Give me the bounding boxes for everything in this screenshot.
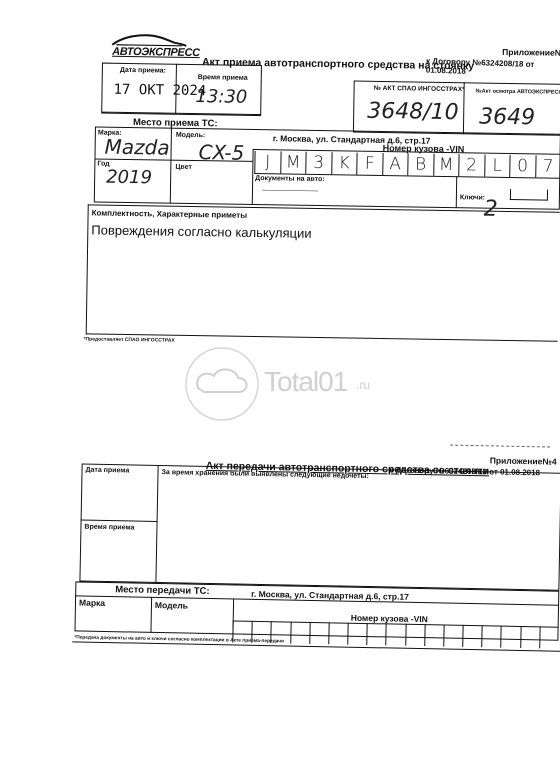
release-make-label: Марка bbox=[79, 597, 105, 607]
vin-char-cell: 2 bbox=[458, 154, 484, 176]
keys-checkbox bbox=[510, 189, 548, 201]
vin-cells: JM3KFABM2L07 bbox=[254, 151, 560, 179]
vin-empty-cell bbox=[462, 625, 483, 647]
vin-empty-cell bbox=[366, 623, 387, 645]
documents-label: Документы на авто: bbox=[255, 175, 325, 183]
release-date-label: Дата приема bbox=[85, 467, 129, 475]
form1-footnote: *Предоставляет СПАО ИНГОССТРАХ bbox=[84, 336, 175, 343]
vin-char-cell: K bbox=[331, 152, 357, 174]
vin-empty-cell bbox=[328, 622, 349, 644]
vin-empty-cell bbox=[347, 623, 368, 645]
date-value: 17 ОКТ 2024 bbox=[113, 82, 206, 99]
autoexpress-logo: АВТОЭКСПРЕСС bbox=[108, 33, 188, 64]
release-model-label: Модель bbox=[155, 600, 188, 611]
appendix-label: Приложение№ bbox=[502, 47, 560, 58]
model-label: Модель: bbox=[176, 132, 206, 139]
vin-empty-cell bbox=[520, 626, 541, 648]
watermark-text: Total01 bbox=[264, 366, 347, 398]
vin-empty-cell bbox=[539, 626, 560, 648]
autoexpress-act-value: 3649 bbox=[479, 104, 535, 130]
watermark: Total01 .ru bbox=[184, 346, 384, 422]
vehicle-release-form: Приложение№4 к Договору №6324208/18 от 0… bbox=[6, 414, 560, 665]
vin-empty-cell bbox=[443, 625, 464, 647]
logo-text: АВТОЭКСПРЕСС bbox=[112, 46, 200, 59]
documents-value: ——————— bbox=[262, 185, 318, 195]
vin-empty-cell bbox=[501, 626, 522, 648]
vin-empty-cell bbox=[386, 623, 407, 645]
model-value: CX-5 bbox=[198, 140, 244, 165]
appendix-label-2: Приложение№4 bbox=[490, 455, 557, 466]
release-main-box bbox=[79, 464, 560, 591]
vin-char-cell: F bbox=[356, 153, 382, 175]
vin-empty-cell bbox=[309, 622, 330, 644]
release-place-label: Место передачи ТС: bbox=[115, 584, 210, 597]
release-time-label: Время приема bbox=[84, 524, 134, 532]
make-value: Mazda bbox=[104, 135, 169, 160]
year-value: 2019 bbox=[106, 167, 152, 189]
vin-char-cell: 0 bbox=[509, 155, 535, 177]
vin-char-cell: B bbox=[407, 153, 433, 175]
vehicle-acceptance-form: АВТОЭКСПРЕСС к Договору №6324208/18 от 0… bbox=[0, 0, 560, 364]
vin-char-cell: 3 bbox=[305, 152, 331, 174]
vin-char-cell: M bbox=[280, 151, 306, 173]
vin-empty-cell bbox=[405, 624, 426, 646]
vin-char-cell: 7 bbox=[535, 155, 560, 177]
time-label: Время приема bbox=[198, 74, 248, 82]
watermark-suffix: .ru bbox=[356, 378, 370, 392]
ingos-act-label: № АКТ СПАО ИНГОССТРАХ* bbox=[374, 85, 465, 93]
vin-empty-cell bbox=[482, 625, 503, 647]
vin-empty-cell bbox=[290, 622, 311, 644]
time-value: 13:30 bbox=[195, 86, 247, 108]
date-label: Дата приема: bbox=[120, 67, 166, 75]
vin-char-cell: M bbox=[433, 154, 459, 176]
vin-empty-cell bbox=[424, 624, 445, 646]
vin-char-cell: J bbox=[254, 151, 280, 173]
color-label: Цвет bbox=[175, 164, 192, 171]
ingos-act-value: 3648/10 bbox=[367, 99, 459, 125]
vin-char-cell: L bbox=[484, 155, 510, 177]
car-cloud-watermark-icon bbox=[184, 346, 260, 422]
keys-label: Ключи: bbox=[460, 194, 485, 201]
vin-char-cell: A bbox=[382, 153, 408, 175]
